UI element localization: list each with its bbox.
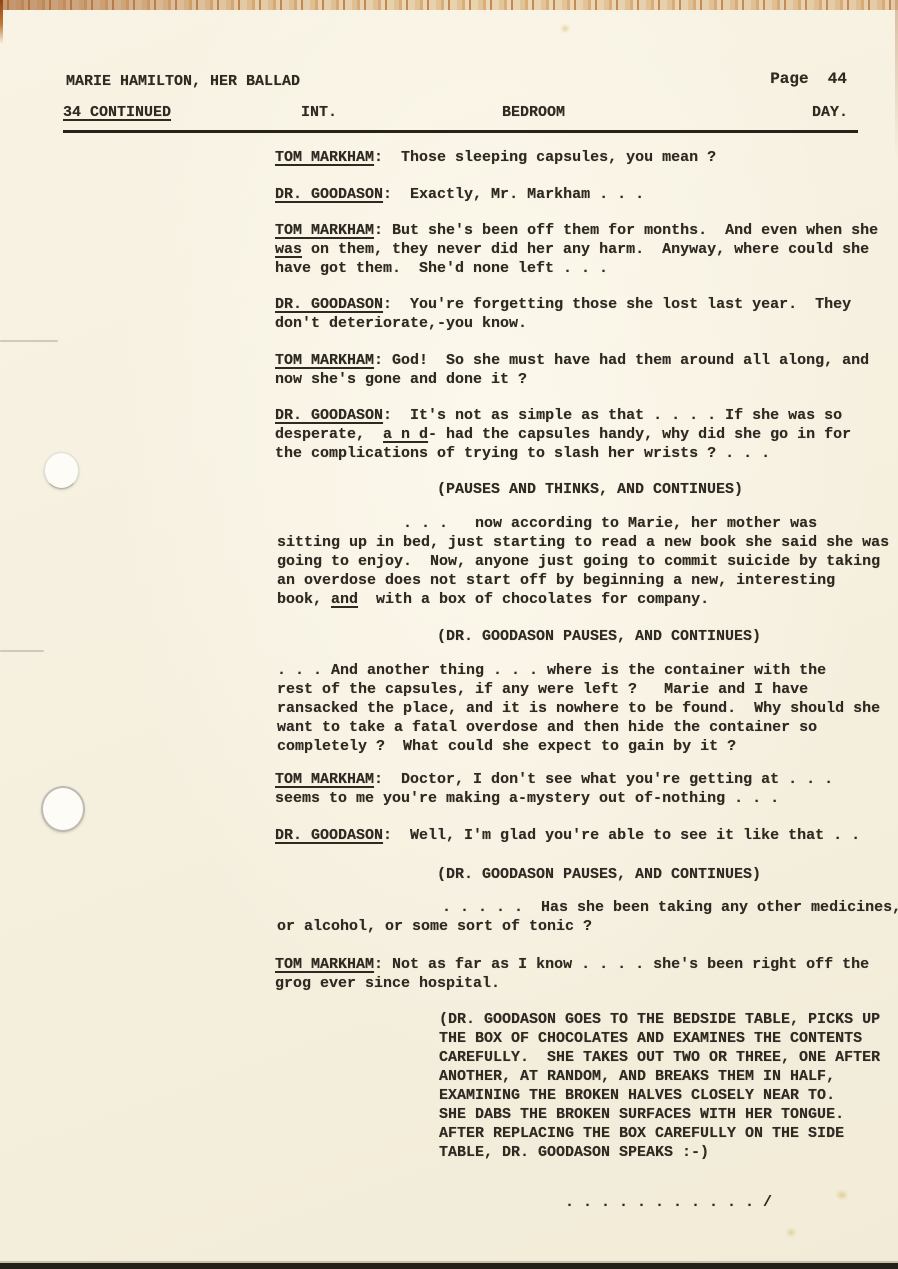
text-line: . . . now according to Marie, her mother… bbox=[277, 514, 889, 533]
text-line: . . . . . . . . . . . / bbox=[565, 1193, 772, 1212]
underlined-word: was bbox=[275, 241, 302, 258]
underlined-word: a n d bbox=[383, 426, 428, 443]
text-line: want to take a fatal overdose and then h… bbox=[277, 718, 880, 737]
text-line: going to enjoy. Now, anyone just going t… bbox=[277, 552, 889, 571]
speaker-name: DR. GOODASON bbox=[275, 827, 383, 844]
scan-edge-left bbox=[0, 0, 3, 44]
text-line: sitting up in bed, just starting to read… bbox=[277, 533, 889, 552]
dialogue-text: TABLE, DR. GOODASON SPEAKS :-) bbox=[439, 1144, 709, 1161]
dialogue-block: TOM MARKHAM: But she's been off them for… bbox=[275, 221, 878, 278]
dialogue-block: TOM MARKHAM: God! So she must have had t… bbox=[275, 351, 869, 389]
dialogue-text: (PAUSES AND THINKS, AND CONTINUES) bbox=[437, 481, 743, 498]
speaker-name: TOM MARKHAM bbox=[275, 771, 374, 788]
dialogue-text: (DR. GOODASON PAUSES, AND CONTINUES) bbox=[437, 866, 761, 883]
dialogue-text: sitting up in bed, just starting to read… bbox=[277, 534, 889, 551]
stage-direction: (DR. GOODASON GOES TO THE BEDSIDE TABLE,… bbox=[439, 1010, 880, 1162]
speaker-separator: : bbox=[374, 956, 392, 973]
dialogue-text: on them, they never did her any harm. An… bbox=[302, 241, 869, 258]
text-line: grog ever since hospital. bbox=[275, 974, 869, 993]
dialogue-text: It's not as simple as that . . . . If sh… bbox=[410, 407, 842, 424]
dialogue-text: now she's gone and done it ? bbox=[275, 371, 527, 388]
dialogue-text: with a box of chocolates for company. bbox=[358, 591, 709, 608]
speaker-name: DR. GOODASON bbox=[275, 296, 383, 313]
dialogue-block: DR. GOODASON: Well, I'm glad you're able… bbox=[275, 826, 860, 845]
speaker-separator: : bbox=[383, 296, 410, 313]
speaker-separator: : bbox=[374, 352, 392, 369]
dialogue-text: . . . And another thing . . . where is t… bbox=[277, 662, 826, 679]
speaker-separator: : bbox=[383, 407, 410, 424]
speaker-name: DR. GOODASON bbox=[275, 407, 383, 424]
text-line: TOM MARKHAM: But she's been off them for… bbox=[275, 221, 878, 240]
dialogue-text: God! So she must have had them around al… bbox=[392, 352, 869, 369]
text-line: THE BOX OF CHOCOLATES AND EXAMINES THE C… bbox=[439, 1029, 880, 1048]
dialogue-text: grog ever since hospital. bbox=[275, 975, 500, 992]
dialogue-text: completely ? What could she expect to ga… bbox=[277, 738, 736, 755]
speaker-name: TOM MARKHAM bbox=[275, 352, 374, 369]
text-line: ANOTHER, AT RANDOM, AND BREAKS THEM IN H… bbox=[439, 1067, 880, 1086]
scan-edge-bottom bbox=[0, 1263, 898, 1269]
script-page: MARIE HAMILTON, HER BALLAD Page 44 34 CO… bbox=[0, 0, 898, 1269]
dialogue-text: Well, I'm glad you're able to see it lik… bbox=[410, 827, 860, 844]
scene-time: DAY. bbox=[812, 104, 848, 121]
dialogue-text: CAREFULLY. SHE TAKES OUT TWO OR THREE, O… bbox=[439, 1049, 880, 1066]
text-line: SHE DABS THE BROKEN SURFACES WITH HER TO… bbox=[439, 1105, 880, 1124]
dialogue-text: book, bbox=[277, 591, 331, 608]
text-line: ransacked the place, and it is nowhere t… bbox=[277, 699, 880, 718]
punch-hole-bottom bbox=[41, 786, 85, 832]
dialogue-block: TOM MARKHAM: Not as far as I know . . . … bbox=[275, 955, 869, 993]
dialogue-text: Doctor, I don't see what you're getting … bbox=[401, 771, 833, 788]
speaker-name: TOM MARKHAM bbox=[275, 222, 374, 239]
text-line: DR. GOODASON: It's not as simple as that… bbox=[275, 406, 851, 425]
text-line: TABLE, DR. GOODASON SPEAKS :-) bbox=[439, 1143, 880, 1162]
scene-continuation-marker: . . . . . . . . . . . / bbox=[565, 1193, 772, 1212]
dialogue-text: (DR. GOODASON PAUSES, AND CONTINUES) bbox=[437, 628, 761, 645]
text-line: now she's gone and done it ? bbox=[275, 370, 869, 389]
dialogue-text: SHE DABS THE BROKEN SURFACES WITH HER TO… bbox=[439, 1106, 844, 1123]
dialogue-text: Not as far as I know . . . . she's been … bbox=[392, 956, 869, 973]
fold-mark-upper bbox=[0, 340, 58, 342]
speech-paragraph: . . . . . Has she been taking any other … bbox=[277, 898, 898, 936]
text-line: book, and with a box of chocolates for c… bbox=[277, 590, 889, 609]
text-line: or alcohol, or some sort of tonic ? bbox=[277, 917, 898, 936]
text-line: the complications of trying to slash her… bbox=[275, 444, 851, 463]
dialogue-text: . . . now according to Marie, her mother… bbox=[403, 515, 817, 532]
dialogue-text: desperate, bbox=[275, 426, 383, 443]
text-line: (DR. GOODASON PAUSES, AND CONTINUES) bbox=[437, 865, 761, 884]
scan-edge-top bbox=[0, 0, 898, 10]
dialogue-text: EXAMINING THE BROKEN HALVES CLOSELY NEAR… bbox=[439, 1087, 835, 1104]
text-line: AFTER REPLACING THE BOX CAREFULLY ON THE… bbox=[439, 1124, 880, 1143]
dialogue-block: DR. GOODASON: You're forgetting those sh… bbox=[275, 295, 851, 333]
text-line: desperate, a n d- had the capsules handy… bbox=[275, 425, 851, 444]
speech-paragraph: . . . And another thing . . . where is t… bbox=[277, 661, 880, 756]
dialogue-block: DR. GOODASON: It's not as simple as that… bbox=[275, 406, 851, 463]
speaker-separator: : bbox=[383, 186, 410, 203]
punch-hole-top bbox=[44, 452, 79, 489]
text-line: rest of the capsules, if any were left ?… bbox=[277, 680, 880, 699]
text-line: DR. GOODASON: Exactly, Mr. Markham . . . bbox=[275, 185, 644, 204]
dialogue-text: AFTER REPLACING THE BOX CAREFULLY ON THE… bbox=[439, 1125, 844, 1142]
dialogue-text: don't deteriorate,-you know. bbox=[275, 315, 527, 332]
dialogue-text: You're forgetting those she lost last ye… bbox=[410, 296, 851, 313]
scene-heading: 34 CONTINUED INT. BEDROOM DAY. bbox=[63, 104, 858, 133]
scene-number: 34 CONTINUED bbox=[63, 104, 171, 121]
text-line: EXAMINING THE BROKEN HALVES CLOSELY NEAR… bbox=[439, 1086, 880, 1105]
dialogue-block: DR. GOODASON: Exactly, Mr. Markham . . . bbox=[275, 185, 644, 204]
dialogue-text: But she's been off them for months. And … bbox=[392, 222, 878, 239]
fold-mark-lower bbox=[0, 650, 44, 652]
speaker-separator: : bbox=[374, 149, 401, 166]
speaker-separator: : bbox=[374, 222, 392, 239]
dialogue-text: want to take a fatal overdose and then h… bbox=[277, 719, 817, 736]
paper-stain bbox=[786, 1228, 796, 1237]
text-line: DR. GOODASON: You're forgetting those sh… bbox=[275, 295, 851, 314]
scene-int-ext: INT. bbox=[301, 104, 337, 121]
text-line: (DR. GOODASON GOES TO THE BEDSIDE TABLE,… bbox=[439, 1010, 880, 1029]
dialogue-text: (DR. GOODASON GOES TO THE BEDSIDE TABLE,… bbox=[439, 1011, 880, 1028]
speaker-name: DR. GOODASON bbox=[275, 186, 383, 203]
page-number: Page 44 bbox=[770, 70, 847, 88]
speaker-separator: : bbox=[374, 771, 401, 788]
text-line: have got them. She'd none left . . . bbox=[275, 259, 878, 278]
parenthetical-direction: (PAUSES AND THINKS, AND CONTINUES) bbox=[437, 480, 743, 499]
speaker-name: TOM MARKHAM bbox=[275, 149, 374, 166]
text-line: CAREFULLY. SHE TAKES OUT TWO OR THREE, O… bbox=[439, 1048, 880, 1067]
dialogue-text: going to enjoy. Now, anyone just going t… bbox=[277, 553, 880, 570]
dialogue-text: Exactly, Mr. Markham . . . bbox=[410, 186, 644, 203]
text-line: seems to me you're making a-mystery out … bbox=[275, 789, 833, 808]
dialogue-text: ANOTHER, AT RANDOM, AND BREAKS THEM IN H… bbox=[439, 1068, 835, 1085]
text-line: TOM MARKHAM: God! So she must have had t… bbox=[275, 351, 869, 370]
paper-stain bbox=[560, 24, 570, 33]
text-line: an overdose does not start off by beginn… bbox=[277, 571, 889, 590]
text-line: . . . . . Has she been taking any other … bbox=[277, 898, 898, 917]
dialogue-text: an overdose does not start off by beginn… bbox=[277, 572, 835, 589]
paper-stain bbox=[836, 1190, 848, 1200]
speech-paragraph: . . . now according to Marie, her mother… bbox=[277, 514, 889, 609]
dialogue-block: TOM MARKHAM: Doctor, I don't see what yo… bbox=[275, 770, 833, 808]
text-line: (PAUSES AND THINKS, AND CONTINUES) bbox=[437, 480, 743, 499]
parenthetical-direction: (DR. GOODASON PAUSES, AND CONTINUES) bbox=[437, 627, 761, 646]
dialogue-block: TOM MARKHAM: Those sleeping capsules, yo… bbox=[275, 148, 716, 167]
dialogue-text: Those sleeping capsules, you mean ? bbox=[401, 149, 716, 166]
text-line: TOM MARKHAM: Not as far as I know . . . … bbox=[275, 955, 869, 974]
parenthetical-direction: (DR. GOODASON PAUSES, AND CONTINUES) bbox=[437, 865, 761, 884]
text-line: TOM MARKHAM: Those sleeping capsules, yo… bbox=[275, 148, 716, 167]
dialogue-text: seems to me you're making a-mystery out … bbox=[275, 790, 779, 807]
text-line: . . . And another thing . . . where is t… bbox=[277, 661, 880, 680]
dialogue-text: ransacked the place, and it is nowhere t… bbox=[277, 700, 880, 717]
text-line: was on them, they never did her any harm… bbox=[275, 240, 878, 259]
dialogue-text: the complications of trying to slash her… bbox=[275, 445, 770, 462]
dialogue-text: - had the capsules handy, why did she go… bbox=[428, 426, 851, 443]
dialogue-text: . . . . . Has she been taking any other … bbox=[442, 899, 898, 916]
text-line: TOM MARKHAM: Doctor, I don't see what yo… bbox=[275, 770, 833, 789]
dialogue-text: THE BOX OF CHOCOLATES AND EXAMINES THE C… bbox=[439, 1030, 862, 1047]
dialogue-text: . . . . . . . . . . . / bbox=[565, 1194, 772, 1211]
text-line: (DR. GOODASON PAUSES, AND CONTINUES) bbox=[437, 627, 761, 646]
scene-location: BEDROOM bbox=[502, 104, 565, 121]
text-line: DR. GOODASON: Well, I'm glad you're able… bbox=[275, 826, 860, 845]
dialogue-text: rest of the capsules, if any were left ?… bbox=[277, 681, 808, 698]
underlined-word: and bbox=[331, 591, 358, 608]
speaker-separator: : bbox=[383, 827, 410, 844]
text-line: completely ? What could she expect to ga… bbox=[277, 737, 880, 756]
speaker-name: TOM MARKHAM bbox=[275, 956, 374, 973]
text-line: don't deteriorate,-you know. bbox=[275, 314, 851, 333]
dialogue-text: or alcohol, or some sort of tonic ? bbox=[277, 918, 592, 935]
script-title: MARIE HAMILTON, HER BALLAD bbox=[66, 73, 300, 90]
dialogue-text: have got them. She'd none left . . . bbox=[275, 260, 608, 277]
